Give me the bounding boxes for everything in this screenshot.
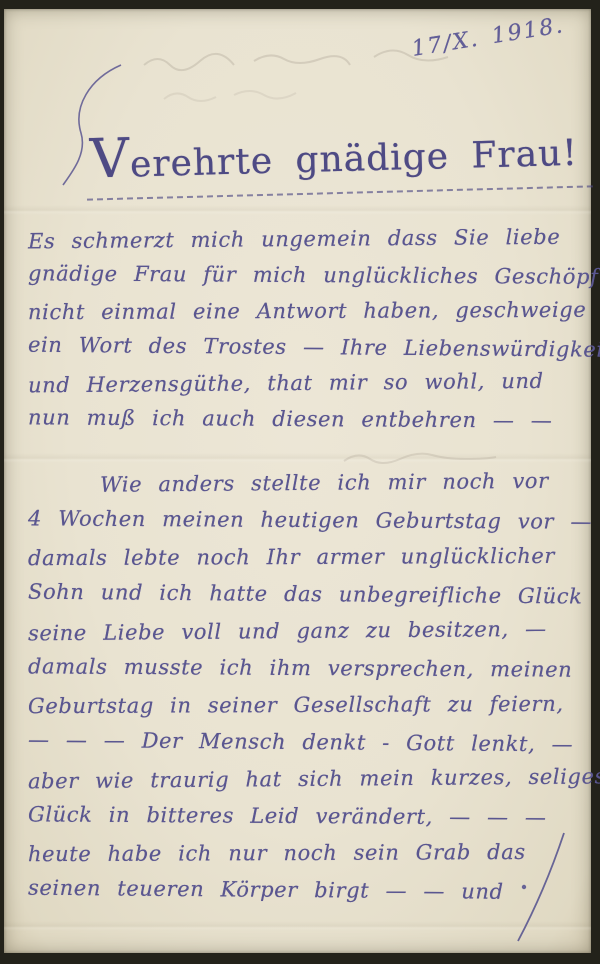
letter-line: gnädige Frau für mich unglückliches Gesc…: [28, 255, 569, 294]
fold-crease: [4, 205, 591, 215]
letter-line: Geburtstag in seiner Gesellschaft zu fei…: [28, 686, 569, 725]
letter-paragraph-1: Es schmerzt mich ungemein dass Sie liebe…: [28, 221, 569, 437]
letter-line: Glück in bitteres Leid verändert, — — —: [28, 796, 569, 836]
letter-line: Es schmerzt mich ungemein dass Sie liebe: [28, 219, 569, 260]
letter-paragraph-2: Wie anders stellte ich mir noch vor 4 Wo…: [28, 465, 569, 909]
fold-crease: [4, 921, 591, 931]
letter-salutation: Verehrte gnädige Frau!: [85, 114, 593, 200]
letter-line: Sohn und ich hatte das unbegreifliche Gl…: [28, 574, 569, 616]
letter-paper: 17/X. 1918. Verehrte gnädige Frau! Es sc…: [4, 9, 591, 953]
letter-line: ein Wort des Trostes — Ihre Liebenswürdi…: [28, 327, 569, 368]
letter-line: und Herzensgüthe, that mir so wohl, und: [28, 363, 569, 404]
letter-line: Wie anders stellte ich mir noch vor: [28, 463, 569, 505]
letter-line: seine Liebe voll und ganz zu besitzen, —: [28, 611, 569, 653]
letter-line: 4 Wochen meinen heutigen Geburtstag vor …: [28, 500, 569, 540]
letter-line: damals lebte noch Ihr armer unglückliche…: [28, 538, 569, 577]
letter-line: nicht einmal eine Antwort haben, geschwe…: [28, 292, 569, 330]
letter-line: nun muß ich auch diesen entbehren — —: [28, 399, 569, 438]
letter-line: damals musste ich ihm versprechen, meine…: [28, 648, 569, 688]
letter-line: aber wie traurig hat sich mein kurzes, s…: [28, 759, 569, 801]
scanned-letter-screenshot: { "letter": { "date": "17/X. 1918.", "sa…: [0, 0, 600, 964]
letter-line: — — — Der Mensch denkt - Gott lenkt, —: [28, 722, 569, 764]
letter-line: heute habe ich nur noch sein Grab das: [28, 834, 569, 873]
letter-line: seinen teueren Körper birgt — — und: [28, 870, 569, 912]
